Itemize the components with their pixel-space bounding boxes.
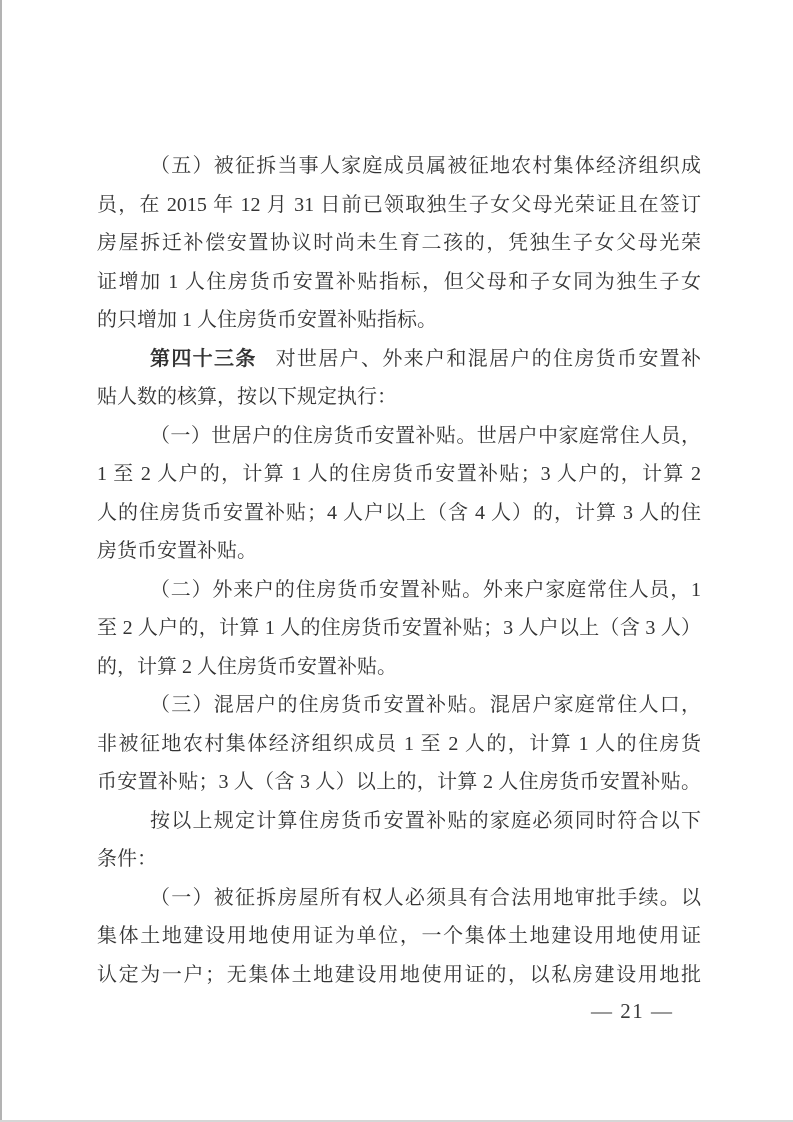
document-line: 房货币安置补贴。	[97, 532, 701, 571]
document-line: 的，计算 2 人住房货币安置补贴。	[97, 648, 701, 687]
document-line: 人的住房货币安置补贴；4 人户以上（含 4 人）的，计算 3 人的住	[97, 494, 701, 533]
document-line: 房屋拆迁补偿安置协议时尚未生育二孩的，凭独生子女父母光荣	[97, 224, 701, 263]
article-number: 第四十三条	[150, 348, 257, 370]
document-line: 集体土地建设用地使用证为单位，一个集体土地建设用地使用证	[97, 917, 701, 956]
document-line: （一）世居户的住房货币安置补贴。世居户中家庭常住人员，	[97, 417, 701, 456]
document-line: （二）外来户的住房货币安置补贴。外来户家庭常住人员，1	[97, 571, 701, 610]
document-line: 条件：	[97, 840, 701, 879]
document-line: 币安置补贴；3 人（含 3 人）以上的，计算 2 人住房货币安置补贴。	[97, 763, 701, 802]
document-page: （五）被征拆当事人家庭成员属被征地农村集体经济组织成 员，在 2015 年 12…	[97, 147, 701, 994]
document-line: 的只增加 1 人住房货币安置补贴指标。	[97, 301, 701, 340]
article-heading-text: 对世居户、外来户和混居户的住房货币安置补	[276, 348, 701, 370]
document-line: （一）被征拆房屋所有权人必须具有合法用地审批手续。以	[97, 879, 701, 918]
document-line: （三）混居户的住房货币安置补贴。混居户家庭常住人口，	[97, 686, 701, 725]
scan-edge-left	[0, 0, 2, 1122]
document-line: 认定为一户；无集体土地建设用地使用证的，以私房建设用地批	[97, 956, 701, 995]
document-line: 按以上规定计算住房货币安置补贴的家庭必须同时符合以下	[97, 802, 701, 841]
article-heading-line: 第四十三条对世居户、外来户和混居户的住房货币安置补	[97, 340, 701, 379]
document-line: 1 至 2 人户的，计算 1 人的住房货币安置补贴；3 人户的，计算 2	[97, 455, 701, 494]
document-line: 员，在 2015 年 12 月 31 日前已领取独生子女父母光荣证且在签订	[97, 186, 701, 225]
document-line: 非被征地农村集体经济组织成员 1 至 2 人的，计算 1 人的住房货	[97, 725, 701, 764]
document-line: 至 2 人户的，计算 1 人的住房货币安置补贴；3 人户以上（含 3 人）	[97, 609, 701, 648]
page-number: — 21 —	[591, 999, 674, 1024]
document-line: （五）被征拆当事人家庭成员属被征地农村集体经济组织成	[97, 147, 701, 186]
document-line: 贴人数的核算，按以下规定执行：	[97, 378, 701, 417]
document-line: 证增加 1 人住房货币安置补贴指标，但父母和子女同为独生子女	[97, 263, 701, 302]
